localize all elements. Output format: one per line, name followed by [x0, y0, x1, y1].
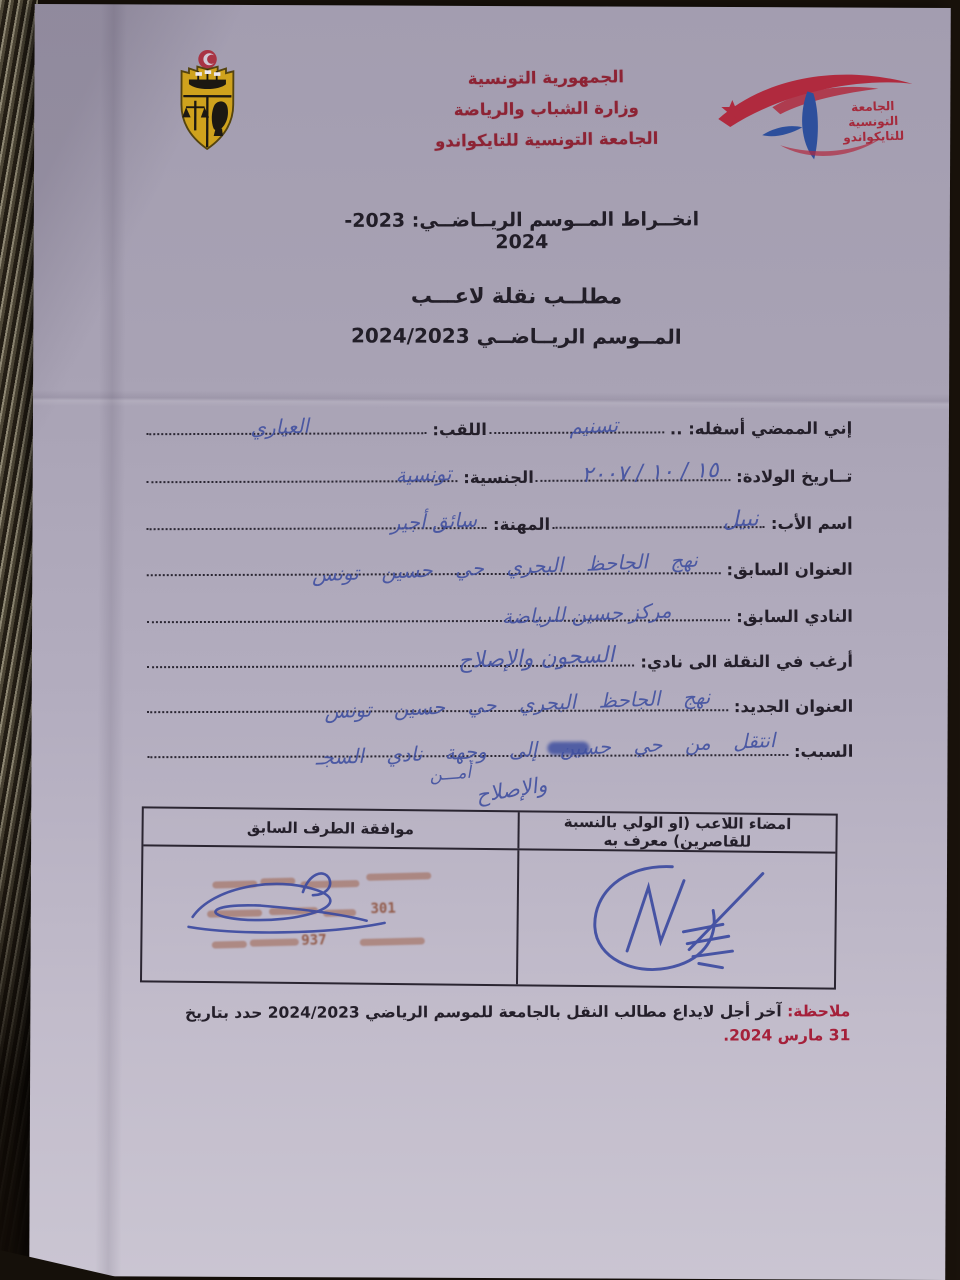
player-signature [571, 854, 782, 984]
field-reason-row: السبب: انتقل من حي حسين إلى وجهة نادي ال… [145, 733, 853, 763]
dotted-line: ١٥ / ١٠ / ٢٠٠٧ [536, 477, 730, 482]
previous-club-handwritten: مركز حسين للرياضة [502, 598, 672, 628]
player-signature-cell [516, 850, 836, 987]
father-name-handwritten: نبيل [722, 506, 759, 532]
dotted-line: نبيل [552, 524, 765, 529]
field-birthdate-label: تــاريخ الولادة: [732, 467, 852, 486]
dotted-line: نهج الجاحظ البحري حي حسين تونس [147, 707, 728, 713]
first-name-handwritten: تسنيم [569, 413, 619, 439]
dotted-line: سائق أجير [147, 525, 487, 530]
field-reason-label: السبب: [790, 742, 854, 761]
note-text: آخر أجل لايداع مطالب النقل بالجامعة للمو… [185, 1002, 782, 1022]
federation-logo-caption: الجامعة التونسية للتايكواندو [817, 98, 930, 146]
target-club-handwritten: السجون والإصلاح [458, 643, 615, 674]
reason-handwritten: انتقل من حي حسين إلى وجهة نادي السجـ [315, 728, 776, 770]
previous-address-handwritten: نهج الجاحظ البحري حي حسين تونس [311, 548, 698, 587]
nationality-handwritten: تونسية [395, 461, 452, 487]
field-previous-address-row: العنوان السابق: نهج الجاحظ البحري حي حسي… [145, 551, 853, 581]
ministry-line: وزارة الشباب والرياضة [415, 92, 677, 126]
republic-line: الجمهورية التونسية [415, 61, 677, 95]
field-new-address-row: العنوان الجديد: نهج الجاحظ البحري حي حسي… [145, 688, 853, 718]
deadline-note: ملاحظة: آخر أجل لايداع مطالب النقل بالجا… [180, 999, 850, 1049]
dotted-line: نهج الجاحظ البحري حي حسين تونس [147, 570, 721, 576]
field-target-club-row: أرغب في النقلة الى نادي: السجون والإصلاح [145, 643, 853, 673]
reason-insert-handwritten: أمـــن [429, 763, 472, 786]
signature-table-body: 301 937 [142, 846, 835, 987]
previous-party-cell: 301 937 [142, 846, 517, 984]
field-birthdate-row: تــاريخ الولادة: ١٥ / ١٠ / ٢٠٠٧ الجنسية:… [144, 458, 852, 488]
field-surname-label: اللقب: [428, 420, 487, 439]
ministry-heading: الجمهورية التونسية وزارة الشباب والرياضة… [415, 61, 678, 157]
season-enrollment-title: انخــراط المــوسم الريــاضــي: 2023- 202… [322, 208, 722, 254]
dotted-line: تونسية [146, 478, 457, 483]
horizontal-crease [33, 390, 949, 410]
previous-club-signature [178, 861, 419, 964]
reason-continuation-handwritten: والإصلاح [474, 772, 549, 807]
photographed-document: الجمهورية التونسية وزارة الشباب والرياضة… [0, 0, 960, 1280]
signature-table: امضاء اللاعب (او الولي بالنسبة للقاصرين)… [140, 806, 838, 989]
birthdate-handwritten: ١٥ / ١٠ / ٢٠٠٧ [581, 458, 719, 488]
field-profession-label: المهنة: [489, 515, 550, 534]
note-date: 31 مارس 2024. [723, 1026, 850, 1044]
coat-of-arms-icon [170, 45, 244, 159]
form-fields: إني الممضي أسفله: .. تسنيم اللقب: العيار… [35, 4, 951, 7]
profession-handwritten: سائق أجير [390, 508, 477, 535]
player-signature-header: امضاء اللاعب (او الولي بالنسبة للقاصرين)… [517, 812, 836, 851]
paper-sheet: الجمهورية التونسية وزارة الشباب والرياضة… [29, 4, 951, 1280]
field-father-label: اسم الأب: [767, 514, 853, 533]
dotted-line: انتقل من حي حسين إلى وجهة نادي السجـ [147, 752, 788, 758]
season-title: المــوسم الريــاضــي 2024/2023 [316, 323, 716, 349]
federation-line: الجامعة التونسية للتايكواندو [416, 123, 678, 157]
transfer-request-title: مطلــب نقلة لاعـــب [316, 283, 716, 309]
field-father-row: اسم الأب: نبيل المهنة: سائق أجير [145, 505, 853, 535]
crossed-out-word [547, 742, 589, 755]
field-target-club-label: أرغب في النقلة الى نادي: [636, 652, 853, 672]
field-new-address-label: العنوان الجديد: [730, 697, 853, 716]
dotted-line: العياري [146, 430, 426, 435]
surname-handwritten: العياري [250, 414, 310, 440]
dotted-line: تسنيم [489, 429, 664, 434]
field-previous-club-label: النادي السابق: [732, 607, 853, 626]
new-address-handwritten: نهج الجاحظ البحري حي حسين تونس [324, 685, 711, 724]
field-nationality-label: الجنسية: [459, 468, 534, 487]
field-previous-address-label: العنوان السابق: [722, 560, 852, 579]
vertical-crease [95, 4, 127, 1276]
field-previous-club-row: النادي السابق: مركز حسين للرياضة [145, 598, 853, 628]
dotted-line: السجون والإصلاح [147, 663, 634, 669]
previous-party-header: موافقة الطرف السابق [143, 808, 517, 848]
note-label: ملاحظة: [787, 1002, 850, 1020]
field-name-row: إني الممضي أسفله: .. تسنيم اللقب: العيار… [144, 410, 852, 440]
dotted-line: مركز حسين للرياضة [147, 617, 730, 623]
field-name-label: إني الممضي أسفله: .. [666, 419, 852, 439]
